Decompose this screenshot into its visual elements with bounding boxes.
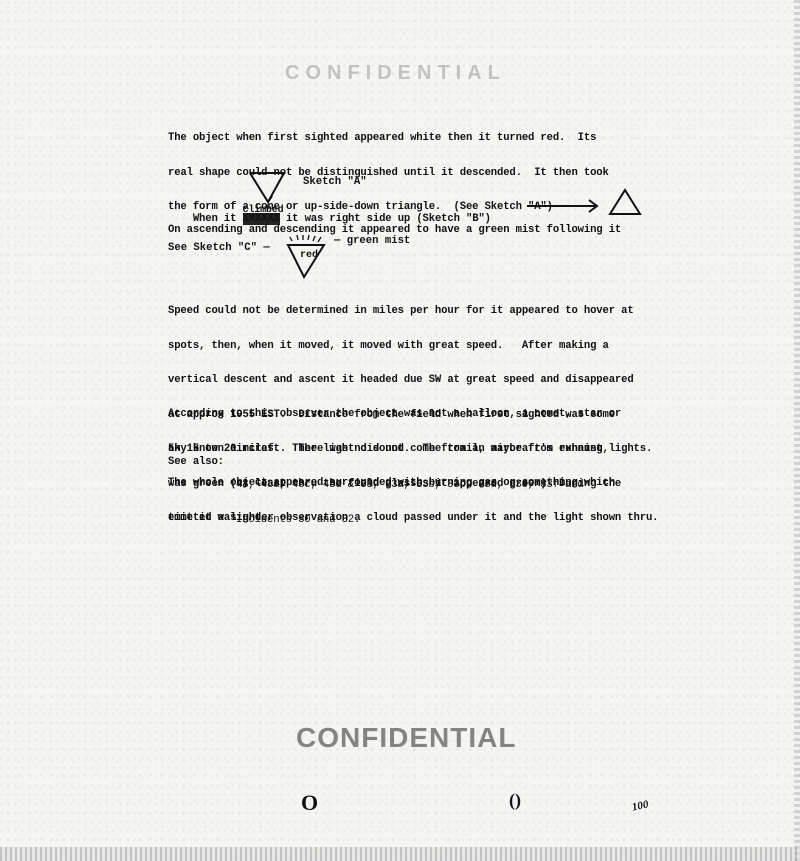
text-line: According to this observer the object wa…: [168, 409, 652, 421]
text-line: any known aircraft. The light did not co…: [168, 444, 652, 456]
sketch-c-label: See Sketch "C" —: [168, 242, 270, 254]
sketch-b-prefix: When it: [193, 213, 243, 225]
see-also-line-1: 48, 48a, 48c, 48d & 33, 33a, 33b, 33c, 3…: [236, 480, 584, 492]
page-number: 100: [631, 798, 650, 813]
header-confidential-stamp: CONFIDENTIAL: [285, 62, 506, 85]
see-also-line-2: Incidents 30 and 32.: [236, 515, 584, 527]
punch-hole-right-icon: (): [509, 790, 521, 811]
sketch-b-suffix: it was right side up (Sketch "B"): [280, 213, 491, 225]
sketch-b-arrow-triangle-icon: [525, 188, 645, 218]
handwritten-correction: climbed: [243, 205, 284, 217]
text-line: spots, then, when it moved, it moved wit…: [168, 341, 658, 353]
text-line: Speed could not be determined in miles p…: [168, 306, 658, 318]
scan-edge-bottom: [0, 847, 800, 861]
sketch-a-label: Sketch "A": [303, 176, 367, 188]
text-line: vertical descent and ascent it headed du…: [168, 375, 658, 387]
see-also-references: 48, 48a, 48c, 48d & 33, 33a, 33b, 33c, 3…: [236, 457, 584, 549]
sketch-a-inverted-triangle-icon: [248, 170, 288, 206]
footer-confidential-stamp: CONFIDENTIAL: [296, 722, 516, 754]
sketch-c-mist-label: — green mist: [334, 235, 410, 247]
scan-edge-right: [794, 0, 800, 861]
document-page: CONFIDENTIAL The object when first sight…: [0, 0, 800, 861]
see-also-label: See also:: [168, 457, 224, 469]
text-line: The object when first sighted appeared w…: [168, 133, 609, 145]
text-line: real shape could not be distinguished un…: [168, 168, 609, 180]
punch-hole-left-icon: O: [301, 790, 318, 816]
sketch-c-red-label: red: [300, 250, 318, 261]
